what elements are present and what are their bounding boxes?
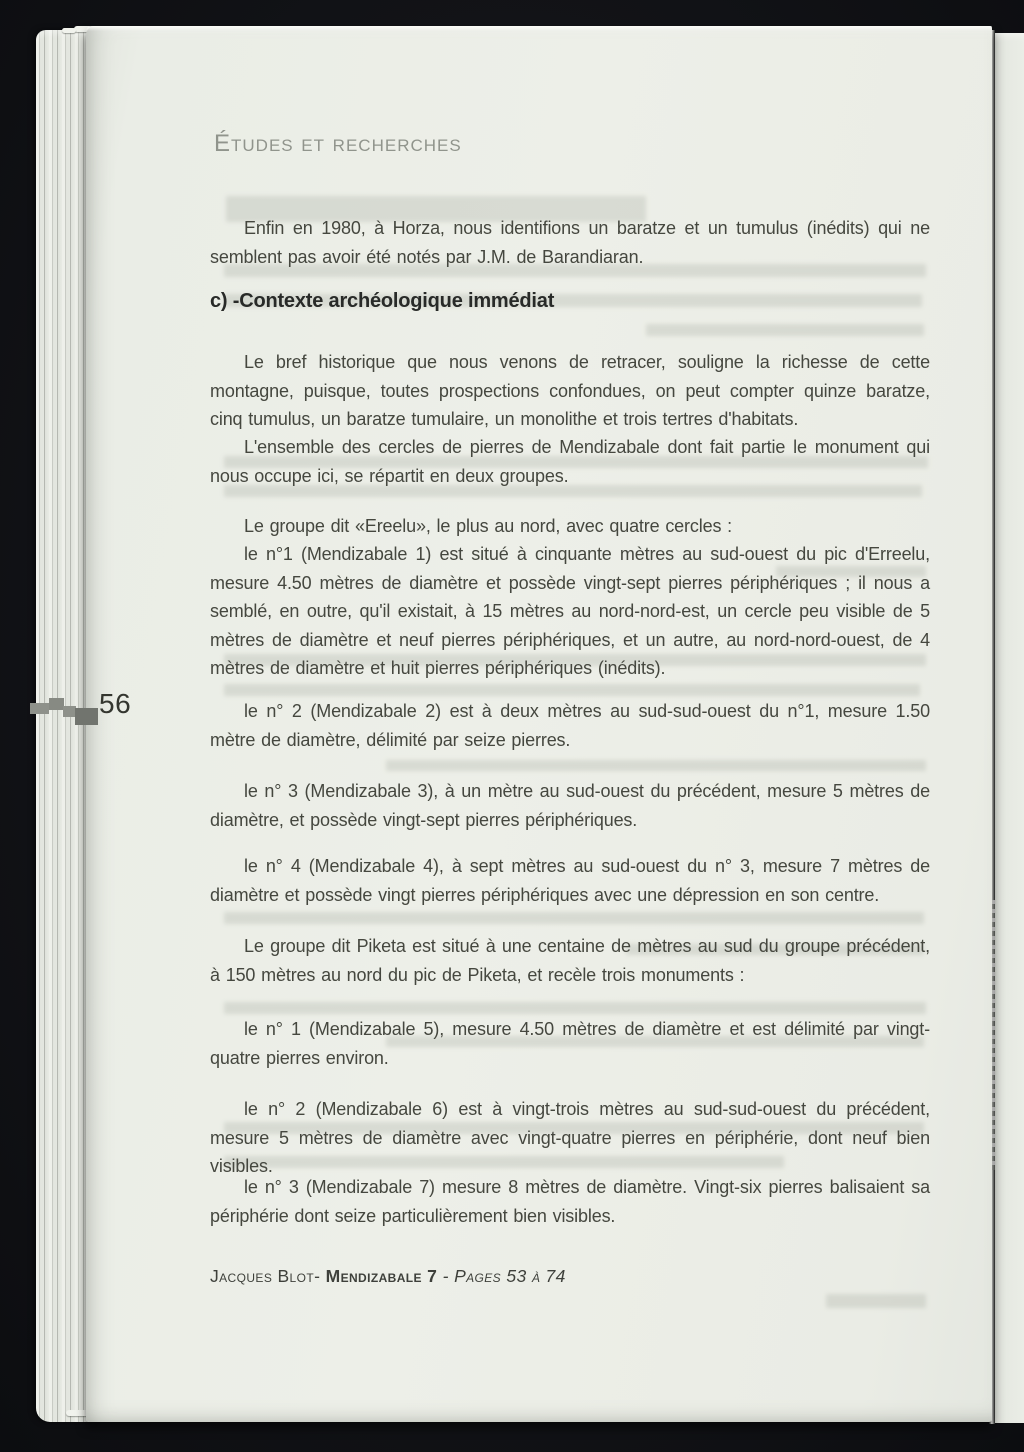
bleed-through-ghost (224, 684, 920, 696)
bleed-through-ghost (386, 760, 926, 771)
paragraph-mendizabale-7: le n° 3 (Mendizabale 7) mesure 8 mètres … (210, 1173, 930, 1230)
running-head: Études et recherches (214, 130, 462, 158)
section-heading: c) -Contexte archéologique immédiat (210, 290, 930, 313)
footer-author: Jacques Blot- (210, 1266, 320, 1286)
paragraph-mendizabale-6: le n° 2 (Mendizabale 6) est à vingt-troi… (210, 1095, 930, 1181)
paragraph-mendizabale-2: le n° 2 (Mendizabale 2) est à deux mètre… (210, 697, 930, 754)
bleed-through-ghost (646, 324, 924, 336)
gutter-stitching (992, 900, 995, 1170)
paragraph-historique: Le bref historique que nous venons de re… (210, 348, 930, 434)
paragraph-groupe-ereelu: Le groupe dit «Ereelu», le plus au nord,… (210, 512, 930, 541)
tab-bar-segment (30, 703, 49, 714)
tab-bar-segment (75, 708, 98, 725)
paragraph-mendizabale-1: le n°1 (Mendizabale 1) est situé à cinqu… (210, 540, 930, 683)
page-edge-step (62, 28, 76, 33)
paragraph-mendizabale-3: le n° 3 (Mendizabale 3), à un mètre au s… (210, 777, 930, 834)
footer-pages: - Pages 53 à 74 (443, 1266, 566, 1286)
paragraph-mendizabale-5: le n° 1 (Mendizabale 5), mesure 4.50 mèt… (210, 1015, 930, 1072)
paragraph-groupe-piketa: Le groupe dit Piketa est situé à une cen… (210, 932, 930, 989)
tab-bar-segment (49, 698, 64, 710)
paragraph-mendizabale-4: le n° 4 (Mendizabale 4), à sept mètres a… (210, 852, 930, 909)
bleed-through-ghost (224, 912, 924, 924)
paragraph-ensemble: L'ensemble des cercles de pierres de Men… (210, 433, 930, 490)
bleed-through-ghost (224, 1002, 926, 1014)
book-page: Études et recherches Enfin en 1980, à Ho… (86, 26, 992, 1422)
footer-line: Jacques Blot- Mendizabale 7 - Pages 53 à… (210, 1266, 930, 1287)
adjacent-page-edge (995, 33, 1024, 1423)
paragraph-intro: Enfin en 1980, à Horza, nous identifions… (210, 214, 930, 271)
footer-title: Mendizabale 7 (326, 1266, 438, 1286)
page-number: 56 (99, 688, 131, 720)
scanned-book-photo: Études et recherches Enfin en 1980, à Ho… (0, 0, 1024, 1452)
page-top-edge-highlight (86, 26, 992, 31)
bleed-through-ghost (826, 1294, 926, 1308)
